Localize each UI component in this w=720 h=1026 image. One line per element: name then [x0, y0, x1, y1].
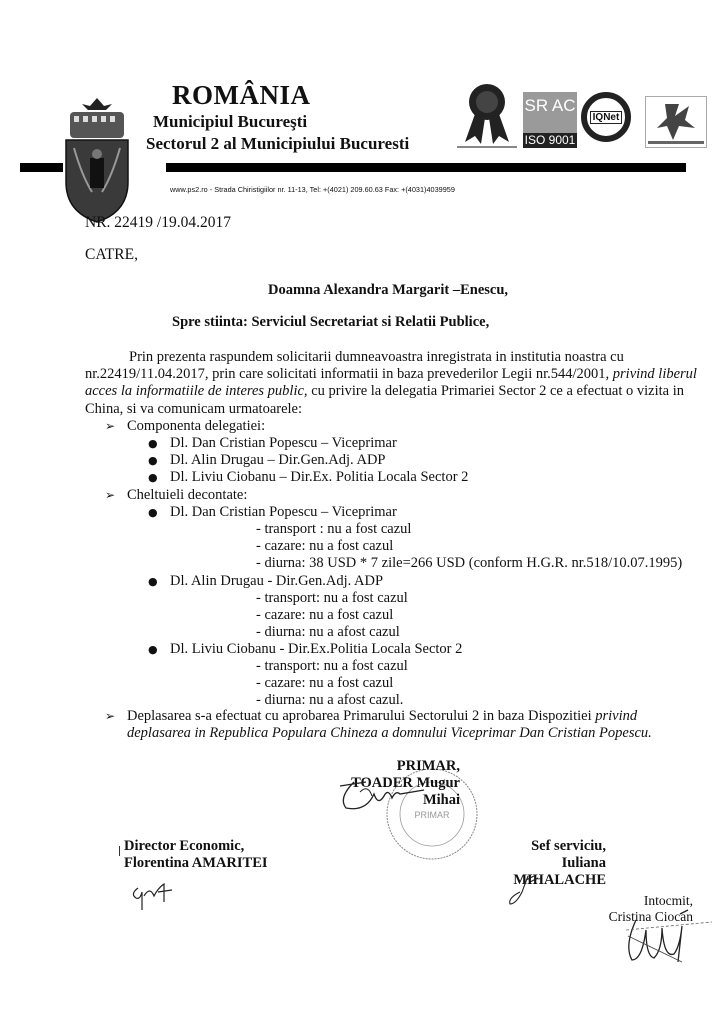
director-title: Director Economic,	[124, 838, 268, 855]
document-number: NR. 22419 /19.04.2017	[85, 214, 231, 232]
member-name: Dl. Liviu Ciobanu – Dir.Ex. Politia Loca…	[170, 469, 468, 485]
final-note-italic: privind	[595, 708, 637, 724]
member-name: Dl. Dan Cristian Popescu – Viceprimar	[170, 504, 397, 520]
header-rule-left	[20, 163, 63, 172]
final-note: ➢Deplasarea s-a efectuat cu aprobarea Pr…	[105, 708, 715, 742]
chief-title: Sef serviciu,	[470, 838, 606, 855]
mayor-signature-icon	[336, 778, 426, 812]
director-signature-block: Director Economic, Florentina AMARITEI	[124, 838, 268, 872]
bullet-icon: ●	[148, 641, 170, 658]
final-note-italic: deplasarea in Republica Populara Chineza…	[127, 725, 652, 741]
list-item: ●Dl. Alin Drugau – Dir.Gen.Adj. ADP	[148, 452, 385, 469]
expense-detail: - diurna: 38 USD * 7 zile=266 USD (confo…	[256, 555, 682, 572]
expense-detail: - cazare: nu a fost cazul	[256, 607, 393, 624]
header-country: ROMÂNIA	[172, 80, 311, 111]
bullet-icon: ●	[148, 435, 170, 452]
list-item: ●Dl. Liviu Ciobanu – Dir.Ex. Politia Loc…	[148, 469, 468, 486]
mayor-title: PRIMAR,	[318, 758, 460, 775]
list-item: ●Dl. Alin Drugau - Dir.Gen.Adj. ADP	[148, 573, 383, 590]
header-municipality: Municipiul Bucureşti	[153, 112, 307, 132]
arrow-bullet-icon: ➢	[105, 487, 127, 504]
iso-label: ISO 9001	[523, 133, 577, 148]
addressee-label: CATRE,	[85, 246, 138, 264]
srac-label: SR AC	[523, 96, 577, 115]
cc-line: Spre stiinta: Serviciul Secretariat si R…	[172, 314, 489, 331]
arrow-bullet-icon: ➢	[105, 418, 127, 435]
expense-detail: - transport : nu a fost cazul	[256, 521, 411, 538]
bullet-icon: ●	[148, 452, 170, 469]
expense-detail: - cazare: nu a fost cazul	[256, 675, 393, 692]
header-rule	[166, 163, 686, 172]
programul-phare-logo	[645, 96, 707, 148]
section-expenses: ➢Cheltuieli decontate:	[105, 487, 247, 504]
member-name: Dl. Liviu Ciobanu - Dir.Ex.Politia Local…	[170, 641, 462, 657]
chief-signature-icon	[506, 872, 542, 908]
final-note-text: Deplasarea s-a efectuat cu aprobarea Pri…	[127, 708, 595, 724]
iqnet-label: IQNet	[590, 111, 623, 124]
header-sector: Sectorul 2 al Municipiului Bucuresti	[146, 134, 409, 154]
award-ribbon-logo	[457, 80, 517, 150]
recipient: Doamna Alexandra Margarit –Enescu,	[268, 282, 508, 299]
section-title: Cheltuieli decontate:	[127, 487, 247, 503]
bullet-icon: ●	[148, 504, 170, 521]
member-name: Dl. Dan Cristian Popescu – Viceprimar	[170, 435, 397, 451]
coat-of-arms-icon	[62, 96, 132, 224]
member-name: Dl. Alin Drugau – Dir.Gen.Adj. ADP	[170, 452, 385, 468]
expense-detail: - transport: nu a fost cazul	[256, 658, 408, 675]
contact-line: www.ps2.ro - Strada Chiristigiilor nr. 1…	[170, 185, 455, 194]
iqnet-logo: IQNet	[581, 92, 631, 142]
list-item: ●Dl. Dan Cristian Popescu – Viceprimar	[148, 435, 397, 452]
srac-iso-9001-logo: SR AC ISO 9001	[523, 92, 577, 148]
arrow-bullet-icon: ➢	[105, 708, 127, 725]
margin-mark	[119, 846, 120, 856]
section-title: Componenta delegatiei:	[127, 418, 265, 434]
director-name: Florentina AMARITEI	[124, 855, 268, 872]
list-item: ●Dl. Liviu Ciobanu - Dir.Ex.Politia Loca…	[148, 641, 462, 658]
expense-detail: - diurna: nu a afost cazul	[256, 624, 400, 641]
bullet-icon: ●	[148, 573, 170, 590]
member-name: Dl. Alin Drugau - Dir.Gen.Adj. ADP	[170, 573, 383, 589]
director-signature-icon	[128, 878, 174, 912]
section-delegation: ➢Componenta delegatiei:	[105, 418, 265, 435]
list-item: ●Dl. Dan Cristian Popescu – Viceprimar	[148, 504, 397, 521]
expense-detail: - cazare: nu a fost cazul	[256, 538, 393, 555]
expense-detail: - transport: nu a fost cazul	[256, 590, 408, 607]
expense-detail: - diurna: nu a afost cazul.	[256, 692, 403, 709]
author-signature-icon	[622, 906, 720, 966]
bullet-icon: ●	[148, 469, 170, 486]
intro-paragraph: Prin prezenta raspundem solicitarii dumn…	[85, 349, 715, 418]
intro-text-1: Prin prezenta raspundem solicitarii dumn…	[85, 349, 624, 382]
